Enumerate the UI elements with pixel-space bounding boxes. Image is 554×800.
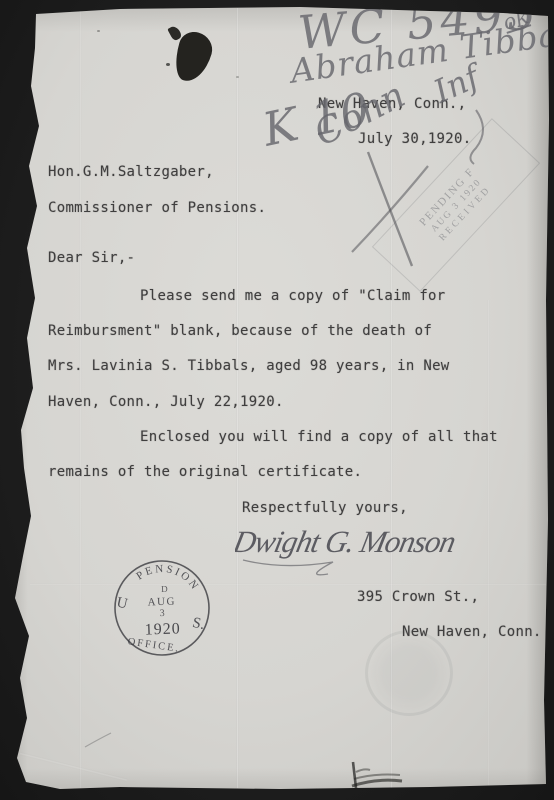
paper: PENDING F AUG 3 1920 RECEIVED New Haven,…: [0, 0, 554, 800]
ink-smudge: [356, 769, 370, 772]
ink-smudge: [352, 780, 402, 786]
scratch-mark: [85, 733, 111, 747]
x-mark: [352, 166, 428, 252]
date-flourish-mark: [470, 110, 483, 164]
photo-background: PENDING F AUG 3 1920 RECEIVED New Haven,…: [0, 0, 554, 800]
ink-smudge: [354, 775, 400, 780]
marks-overlay: [0, 0, 554, 800]
